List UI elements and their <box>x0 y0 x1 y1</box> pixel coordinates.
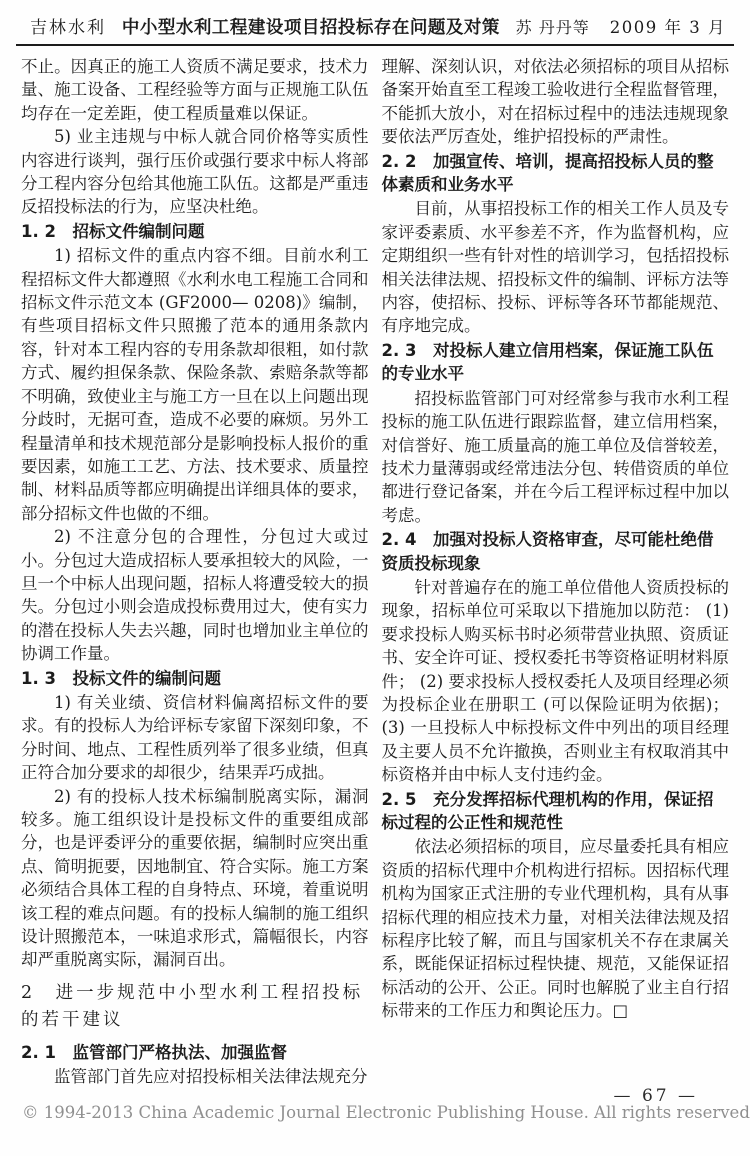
subsection-heading: 2. 4 加强对投标人资格审查，尽可能杜绝借资质投标现象 <box>382 528 730 575</box>
left-column: 不止。因真正的施工人资质不满足要求，技术力量、施工设备、工程经验等方面与正规施工… <box>21 55 369 1089</box>
issue-date: 2009 年 3 月 <box>610 14 726 38</box>
paragraph: 1) 招标文件的重点内容不细。目前水利工程招标文件大都遵照《水利水电工程施工合同… <box>21 244 369 525</box>
paragraph: 监管部门首先应对招投标相关法律法规充分 <box>21 1065 369 1088</box>
section-heading: 2 进一步规范中小型水利工程招投标的若干建议 <box>21 980 369 1034</box>
paragraph: 5) 业主违规与中标人就合同价格等实质性内容进行谈判，强行压价或强行要求中标人将… <box>21 125 369 219</box>
page-header: 吉林水利 中小型水利工程建设项目招投标存在问题及对策 苏 丹丹等 2009 年 … <box>30 13 726 39</box>
subsection-heading: 1. 2 招标文件编制问题 <box>21 220 369 243</box>
subsection-heading: 2. 2 加强宣传、培训，提高招投标人员的整体素质和业务水平 <box>382 150 730 197</box>
subsection-heading: 2. 3 对投标人建立信用档案，保证施工队伍的专业水平 <box>382 339 730 386</box>
subsection-heading: 2. 1 监管部门严格执法、加强监督 <box>21 1041 369 1064</box>
article-body: 不止。因真正的施工人资质不满足要求，技术力量、施工设备、工程经验等方面与正规施工… <box>21 55 729 1089</box>
subsection-heading: 2. 5 充分发挥招标代理机构的作用，保证招标过程的公正性和规范性 <box>382 788 730 835</box>
article-title: 中小型水利工程建设项目招投标存在问题及对策 <box>122 14 500 39</box>
subsection-heading: 1. 3 投标文件的编制问题 <box>21 667 369 690</box>
page-footer: © 1994-2013 China Academic Journal Elect… <box>22 1103 728 1122</box>
right-column: 理解、深刻认识，对依法必须招标的项目从招标备案开始直至工程竣工验收进行全程监督管… <box>382 55 730 1089</box>
paragraph: 招投标监管部门可对经常参与我市水利工程投标的施工队伍进行跟踪监督，建立信用档案，… <box>382 387 730 527</box>
paragraph: 2) 有的投标人技术标编制脱离实际，漏洞较多。施工组织设计是投标文件的重要组成部… <box>21 785 369 972</box>
copyright-notice: © 1994-2013 China Academic Journal Elect… <box>22 1103 750 1122</box>
paragraph: 理解、深刻认识，对依法必须招标的项目从招标备案开始直至工程竣工验收进行全程监督管… <box>382 55 730 149</box>
journal-name: 吉林水利 <box>30 13 106 38</box>
article-authors: 苏 丹丹等 <box>516 15 590 38</box>
paragraph: 不止。因真正的施工人资质不满足要求，技术力量、施工设备、工程经验等方面与正规施工… <box>21 55 369 125</box>
header-divider <box>16 44 734 46</box>
paragraph: 依法必须招标的项目，应尽量委托具有相应资质的招标代理中介机构进行招标。因招标代理… <box>382 835 730 1022</box>
paragraph: 1) 有关业绩、资信材料偏离招标文件的要求。有的投标人为给评标专家留下深刻印象，… <box>21 691 369 785</box>
paragraph: 针对普遍存在的施工单位借他人资质投标的现象，招标单位可采取以下措施加以防范： (… <box>382 576 730 787</box>
paragraph: 目前，从事招投标工作的相关工作人员及专家评委素质、水平参差不齐，作为监督机构，应… <box>382 197 730 337</box>
paragraph: 2) 不注意分包的合理性，分包过大或过小。分包过大造成招标人要承担较大的风险，一… <box>21 525 369 665</box>
journal-page: 吉林水利 中小型水利工程建设项目招投标存在问题及对策 苏 丹丹等 2009 年 … <box>0 0 750 1156</box>
